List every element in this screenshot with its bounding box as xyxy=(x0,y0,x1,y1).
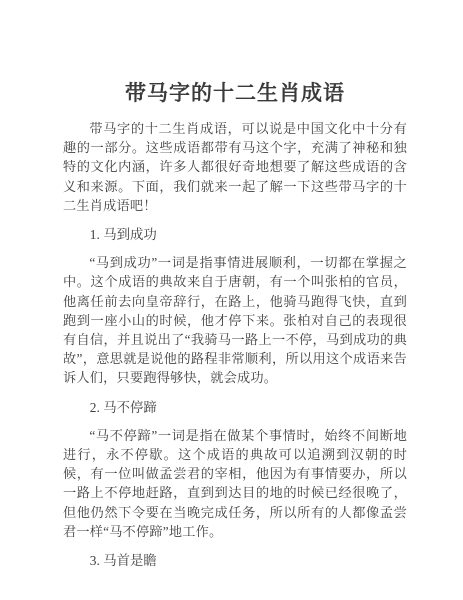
section-2-heading: 2. 马不停蹄 xyxy=(63,398,407,417)
document-page: 带马字的十二生肖成语 带马字的十二生肖成语，可以说是中国文化中十分有趣的一部分。… xyxy=(0,0,463,600)
section-3-heading: 3. 马首是瞻 xyxy=(63,551,407,570)
section-1-body: “马到成功”一词是指事情进展顺利，一切都在掌握之中。这个成语的典故来自于唐朝，有… xyxy=(63,253,407,387)
section-1-heading: 1. 马到成功 xyxy=(63,225,407,244)
document-title: 带马字的十二生肖成语 xyxy=(63,80,407,107)
section-2-body: “马不停蹄”一词是指在做某个事情时，始终不间断地进行，永不停歇。这个成语的典故可… xyxy=(63,426,407,541)
intro-paragraph: 带马字的十二生肖成语，可以说是中国文化中十分有趣的一部分。这些成语都带有马这个字… xyxy=(63,119,407,215)
